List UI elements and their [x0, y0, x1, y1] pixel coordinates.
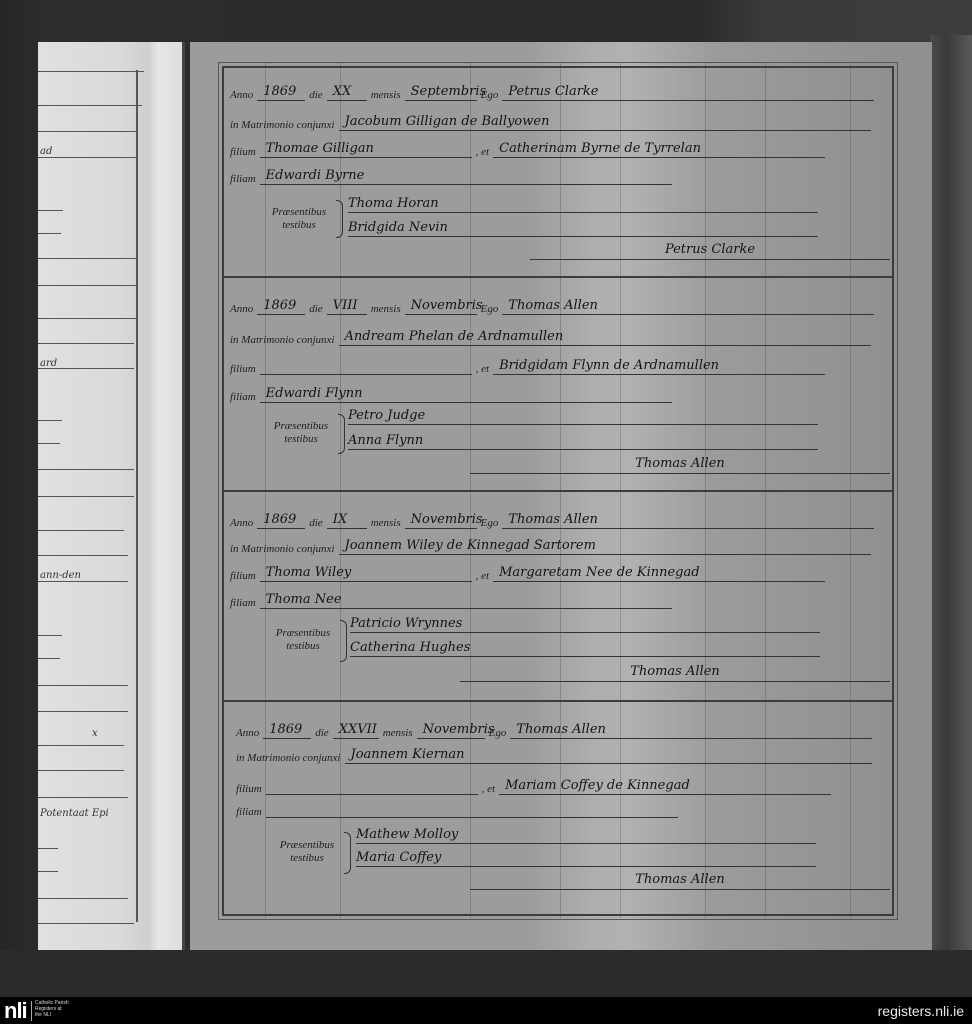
filium-label: filium	[230, 146, 256, 158]
groom-field: Jacobum Gilligan de Ballyowen	[339, 114, 871, 131]
left-page-note: ad	[40, 146, 52, 157]
et-label: , et	[482, 783, 495, 795]
matrimonio-label: in Matrimonio conjunxi	[230, 543, 335, 555]
groom-field: Joannem Kiernan	[345, 747, 872, 764]
priest-signature: Thomas Allen	[460, 664, 890, 682]
matrimonio-label: in Matrimonio conjunxi	[230, 334, 335, 346]
left-page-rule	[38, 210, 63, 211]
book-gutter	[182, 42, 185, 964]
entry-divider	[224, 700, 892, 702]
filiam-label: filiam	[236, 806, 262, 818]
book-edge-right	[930, 35, 972, 950]
logo-caption: Catholic Parish Registers at the NLI	[35, 1000, 69, 1018]
witness-1: Patricio Wrynnes	[350, 616, 820, 633]
year-field: 1869	[257, 298, 305, 315]
mensis-label: mensis	[371, 517, 401, 529]
left-page-rule	[38, 233, 61, 234]
bride-father-field: Edwardi Byrne	[260, 168, 672, 185]
left-page-rule	[38, 496, 134, 497]
day-field: IX	[327, 512, 367, 529]
bride-field: Margaretam Nee de Kinnegad	[493, 565, 825, 582]
witnesses-label: Præsentibus testibus	[272, 839, 342, 865]
nli-logo[interactable]: nli	[4, 999, 27, 1023]
die-label: die	[309, 517, 322, 529]
left-page-rule	[38, 420, 62, 421]
bride-father-field: Edwardi Flynn	[260, 386, 672, 403]
left-page-note: Potentaat Epi	[40, 808, 109, 819]
left-page-rule	[38, 530, 124, 531]
left-page-rule	[38, 443, 60, 444]
priest-field: Petrus Clarke	[502, 84, 874, 101]
left-page-note: ann-den	[40, 570, 81, 581]
left-page-note: x	[92, 728, 98, 739]
anno-label: Anno	[230, 517, 253, 529]
anno-label: Anno	[230, 303, 253, 315]
praesentibus-label: Præsentibus	[272, 839, 342, 852]
filiam-label: filiam	[230, 597, 256, 609]
left-page-rule	[38, 105, 142, 106]
priest-field: Thomas Allen	[502, 298, 874, 315]
month-field: Septembris	[405, 84, 477, 101]
bride-field: Bridgidam Flynn de Ardnamullen	[493, 358, 825, 375]
mensis-label: mensis	[371, 89, 401, 101]
die-label: die	[309, 89, 322, 101]
witness-2: Bridgida Nevin	[348, 220, 818, 237]
left-page-margin-rule	[136, 70, 138, 922]
praesentibus-label: Præsentibus	[264, 206, 334, 219]
logo-caption-line-3: the NLI	[35, 1012, 69, 1018]
left-page-rule	[38, 898, 128, 899]
witness-brace	[338, 414, 345, 454]
priest-signature: Thomas Allen	[470, 872, 890, 890]
witnesses-label: Præsentibus testibus	[264, 206, 334, 232]
left-page-rule	[38, 469, 134, 470]
left-facing-page	[38, 42, 184, 964]
ego-label: Ego	[481, 303, 499, 315]
month-field: Novembris	[417, 722, 485, 739]
left-page-rule	[38, 157, 138, 158]
entry-divider	[224, 276, 892, 278]
witness-2: Maria Coffey	[356, 850, 816, 867]
testibus-label: testibus	[266, 433, 336, 446]
groom-father-field: Thoma Wiley	[260, 565, 472, 582]
month-field: Novembris	[405, 298, 477, 315]
groom-field: Joannem Wiley de Kinnegad Sartorem	[339, 538, 871, 555]
bride-field: Mariam Coffey de Kinnegad	[499, 778, 831, 795]
logo-separator	[31, 1001, 32, 1021]
entry-divider	[224, 490, 892, 492]
witness-brace	[344, 832, 351, 874]
testibus-label: testibus	[272, 852, 342, 865]
mensis-label: mensis	[383, 727, 413, 739]
site-url-link[interactable]: registers.nli.ie	[878, 1003, 964, 1019]
filiam-label: filiam	[230, 173, 256, 185]
witness-2: Anna Flynn	[348, 433, 818, 450]
year-field: 1869	[257, 84, 305, 101]
groom-father-field	[260, 373, 472, 375]
left-page-rule	[38, 635, 62, 636]
left-page-rule	[38, 258, 136, 259]
ego-label: Ego	[489, 727, 507, 739]
year-field: 1869	[263, 722, 311, 739]
ego-label: Ego	[481, 89, 499, 101]
left-page-rule	[38, 285, 136, 286]
filium-label: filium	[230, 570, 256, 582]
year-field: 1869	[257, 512, 305, 529]
viewer-footer	[0, 997, 972, 1024]
praesentibus-label: Præsentibus	[268, 627, 338, 640]
left-page-rule	[38, 871, 58, 872]
left-page-rule	[38, 797, 128, 798]
priest-field: Thomas Allen	[510, 722, 872, 739]
day-field: XXVII	[333, 722, 379, 739]
priest-signature: Thomas Allen	[470, 456, 890, 474]
left-page-rule	[38, 848, 58, 849]
left-page-note: ard	[40, 358, 57, 369]
anno-label: Anno	[236, 727, 259, 739]
testibus-label: testibus	[264, 219, 334, 232]
day-field: XX	[327, 84, 367, 101]
left-page-rule	[38, 685, 128, 686]
witnesses-label: Præsentibus testibus	[266, 420, 336, 446]
matrimonio-label: in Matrimonio conjunxi	[230, 119, 335, 131]
groom-field: Andream Phelan de Ardnamullen	[339, 329, 871, 346]
left-page-rule	[38, 131, 136, 132]
filiam-label: filiam	[230, 391, 256, 403]
witness-2: Catherina Hughes	[350, 640, 820, 657]
anno-label: Anno	[230, 89, 253, 101]
witness-1: Petro Judge	[348, 408, 818, 425]
left-page-rule	[38, 581, 128, 582]
matrimonio-label: in Matrimonio conjunxi	[236, 752, 341, 764]
witness-brace	[336, 200, 343, 238]
die-label: die	[309, 303, 322, 315]
left-page-rule	[38, 343, 134, 344]
month-field: Novembris	[405, 512, 477, 529]
et-label: , et	[476, 363, 489, 375]
groom-father-field: Thomae Gilligan	[260, 141, 472, 158]
testibus-label: testibus	[268, 640, 338, 653]
witnesses-label: Præsentibus testibus	[268, 627, 338, 653]
witness-brace	[340, 620, 347, 662]
left-page-rule	[38, 770, 124, 771]
witness-1: Mathew Molloy	[356, 827, 816, 844]
praesentibus-label: Præsentibus	[266, 420, 336, 433]
left-page-rule	[38, 71, 144, 72]
left-page-rule	[38, 711, 128, 712]
left-page-rule	[38, 745, 124, 746]
day-field: VIII	[327, 298, 367, 315]
filium-label: filium	[236, 783, 262, 795]
witness-1: Thoma Horan	[348, 196, 818, 213]
bride-father-field: Thoma Nee	[260, 592, 672, 609]
priest-field: Thomas Allen	[502, 512, 874, 529]
et-label: , et	[476, 570, 489, 582]
left-page-rule	[38, 923, 134, 924]
die-label: die	[315, 727, 328, 739]
page-bottom-edge	[0, 950, 972, 990]
priest-signature: Petrus Clarke	[530, 242, 890, 260]
left-page-rule	[38, 318, 136, 319]
mensis-label: mensis	[371, 303, 401, 315]
left-page-rule	[38, 658, 60, 659]
groom-father-field	[266, 793, 478, 795]
bride-father-field	[266, 816, 678, 818]
et-label: , et	[476, 146, 489, 158]
filium-label: filium	[230, 363, 256, 375]
ego-label: Ego	[481, 517, 499, 529]
left-page-rule	[38, 555, 128, 556]
bride-field: Catherinam Byrne de Tyrrelan	[493, 141, 825, 158]
